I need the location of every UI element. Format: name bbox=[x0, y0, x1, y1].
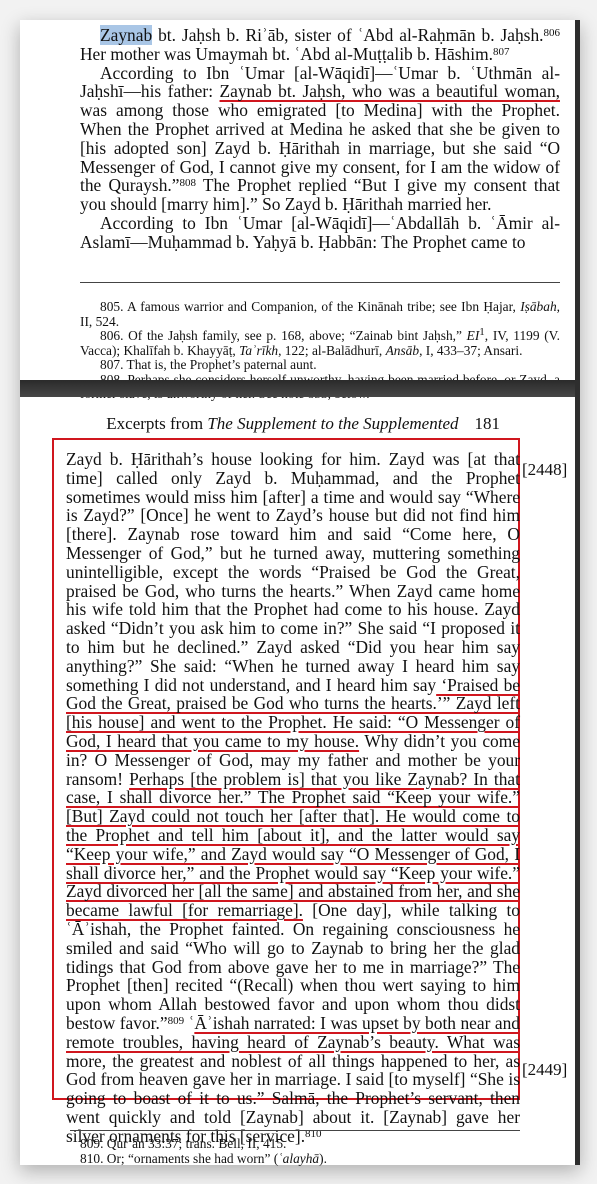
paragraph: 810. Or; “ornaments she had worn” (ʿalay… bbox=[80, 1152, 520, 1167]
italic-text: Taʾrīkh bbox=[239, 343, 278, 358]
running-head-title: The Supplement to the Supplemented bbox=[207, 414, 458, 433]
text-run: , I, 433–37; Ansari. bbox=[419, 343, 522, 358]
text-run: 810. Or; “ornaments she had worn” ( bbox=[80, 1151, 278, 1166]
paragraph: 807. That is, the Prophet’s paternal aun… bbox=[80, 358, 560, 373]
italic-text: ʿalayhā bbox=[278, 1151, 319, 1166]
paragraph: According to Ibn ʿUmar [al-Wāqidī]—ʿAbda… bbox=[80, 214, 560, 252]
running-head: Excerpts from The Supplement to the Supp… bbox=[20, 414, 500, 434]
paragraph: According to Ibn ʿUmar [al-Wāqidī]—ʿUmar… bbox=[80, 64, 560, 214]
text-run: ). bbox=[319, 1151, 327, 1166]
footnote-ref: 808 bbox=[179, 177, 196, 189]
text-run: Her mother was Umaymah bt. ʿAbd al-Muṭṭa… bbox=[80, 44, 493, 64]
bottom-page-body: Zayd b. Ḥārithah’s house looking for him… bbox=[66, 450, 520, 1145]
page-separator bbox=[20, 380, 575, 397]
page-number: 181 bbox=[475, 414, 501, 433]
running-head-prefix: Excerpts from bbox=[106, 414, 207, 433]
italic-text: Iṣābah bbox=[520, 299, 556, 314]
paragraph: Zaynab bt. Jaḥsh b. Riʾāb, sister of ʿAb… bbox=[80, 26, 560, 64]
paragraph: 806. Of the Jaḥsh family, see p. 168, ab… bbox=[80, 329, 560, 358]
footnote-ref: 809 bbox=[168, 1015, 185, 1027]
top-page-body: Zaynab bt. Jaḥsh b. Riʾāb, sister of ʿAb… bbox=[80, 26, 560, 252]
footnote-rule bbox=[70, 1130, 520, 1131]
text-run: , 122; al-Balādhurī, bbox=[278, 343, 385, 358]
text-run: Zayd b. Ḥārithah’s house looking for him… bbox=[66, 449, 520, 695]
selected-text-highlight: Zaynab bbox=[100, 25, 152, 45]
underlined-annotation: Perhaps [the problem is] that you like Z… bbox=[66, 769, 520, 921]
italic-text: EI bbox=[467, 328, 480, 343]
italic-text: Ansāb bbox=[386, 343, 419, 358]
bottom-page-footnotes: 809. Qurʾān 33:37; trans. Bell, II, 415.… bbox=[80, 1137, 520, 1166]
document-viewer[interactable]: Zaynab bt. Jaḥsh b. Riʾāb, sister of ʿAb… bbox=[20, 20, 580, 1165]
text-run: ʿ bbox=[184, 1013, 194, 1033]
paragraph: 805. A famous warrior and Companion, of … bbox=[80, 300, 560, 329]
margin-number-2449: [2449] bbox=[522, 1060, 567, 1080]
text-run: more, the greatest and noblest of all th… bbox=[66, 1051, 520, 1146]
paragraph: Zayd b. Ḥārithah’s house looking for him… bbox=[66, 450, 520, 1145]
footnote-ref: 806 bbox=[544, 27, 561, 39]
text-run: 807. That is, the Prophet’s paternal aun… bbox=[100, 357, 317, 372]
footnote-rule bbox=[80, 282, 560, 283]
text-run: 809. Qurʾān 33:37; trans. Bell, II, 415. bbox=[80, 1136, 286, 1151]
margin-number-2448: [2448] bbox=[522, 460, 567, 480]
paragraph: 809. Qurʾān 33:37; trans. Bell, II, 415. bbox=[80, 1137, 520, 1152]
text-run: According to Ibn ʿUmar [al-Wāqidī]—ʿAbda… bbox=[80, 213, 560, 252]
text-run: bt. Jaḥsh b. Riʾāb, sister of ʿAbd al-Ra… bbox=[152, 25, 543, 45]
footnote-ref: 807 bbox=[493, 46, 510, 58]
text-run: 806. Of the Jaḥsh family, see p. 168, ab… bbox=[100, 328, 467, 343]
underlined-annotation: Zaynab bt. Jaḥsh, who was a beautiful wo… bbox=[220, 81, 560, 101]
text-run: 805. A famous warrior and Companion, of … bbox=[100, 299, 520, 314]
